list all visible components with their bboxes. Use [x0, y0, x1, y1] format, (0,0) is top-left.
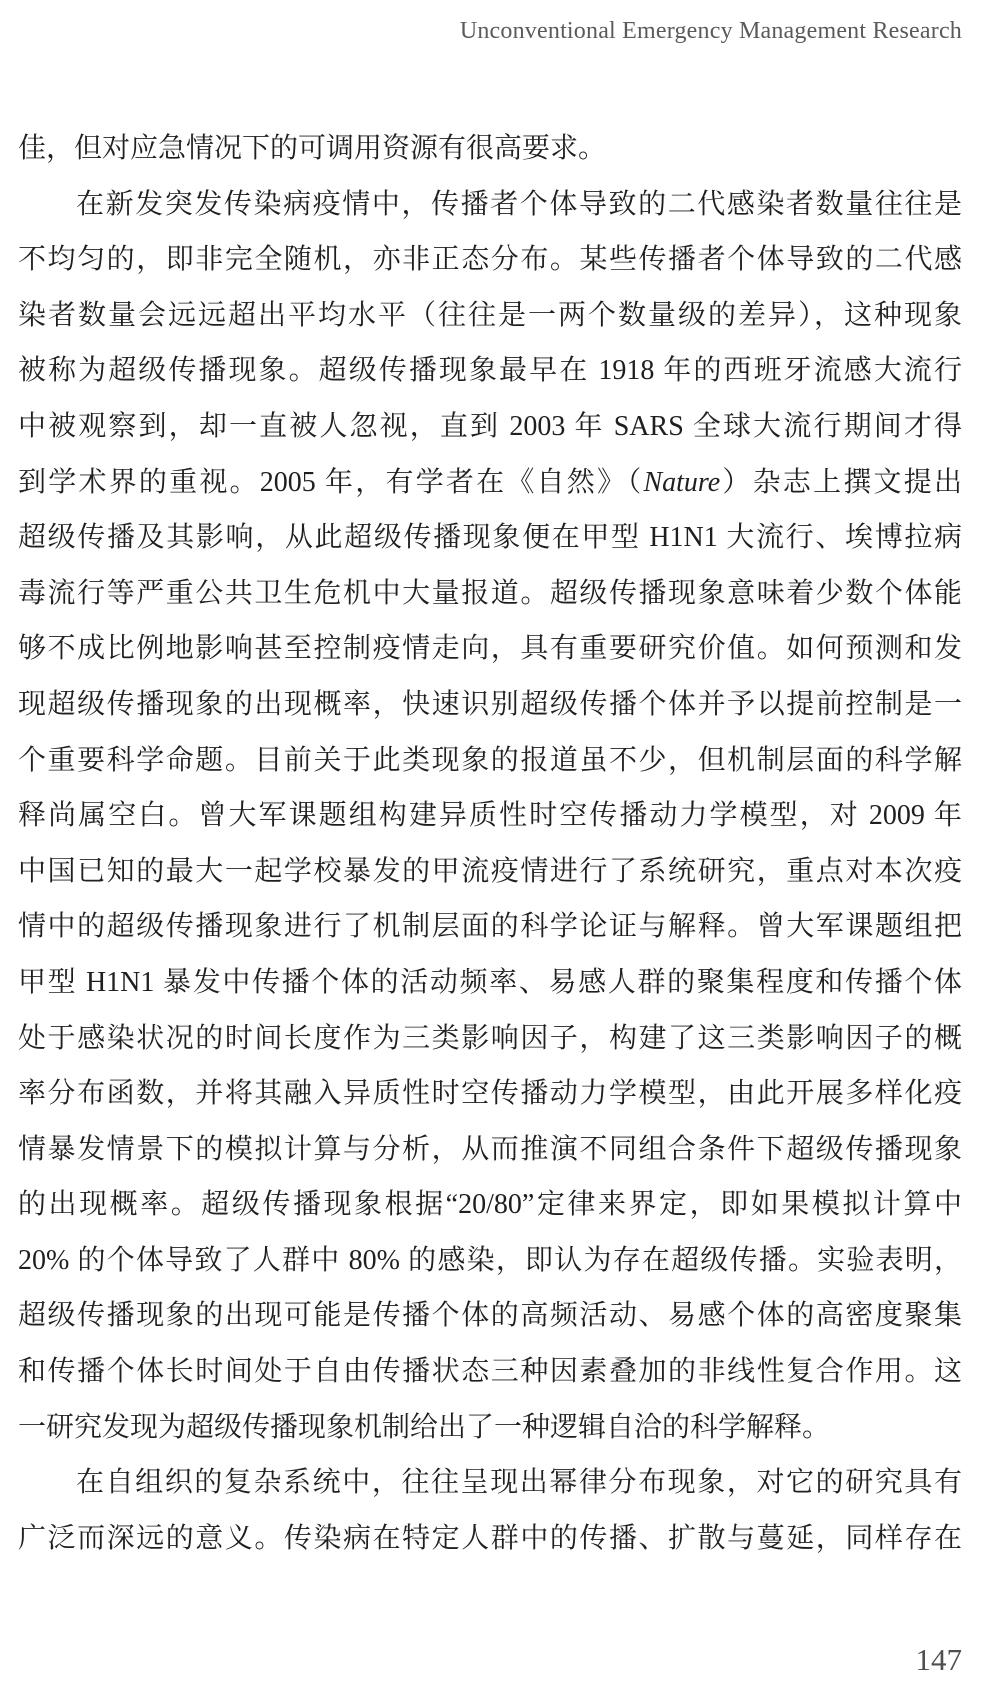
text-line: 情中的超级传播现象进行了机制层面的科学论证与解释。曾大军课题组把	[18, 899, 962, 955]
text-line: 不均匀的，即非完全随机，亦非正态分布。某些传播者个体导致的二代感	[18, 232, 962, 288]
text-line: 毒流行等严重公共卫生危机中大量报道。超级传播现象意味着少数个体能	[18, 566, 962, 622]
journal-name-italic: Nature	[643, 467, 720, 498]
text-line: 在新发突发传染病疫情中，传播者个体导致的二代感染者数量往往是	[18, 177, 962, 233]
text-line: 的出现概率。超级传播现象根据“20/80”定律来界定，即如果模拟计算中	[18, 1177, 962, 1233]
text-line: 被称为超级传播现象。超级传播现象最早在 1918 年的西班牙流感大流行	[18, 343, 962, 399]
text-line: 一研究发现为超级传播现象机制给出了一种逻辑自洽的科学解释。	[18, 1400, 962, 1456]
text-segment: 到学术界的重视。2005 年，有学者在《自然》（	[18, 467, 643, 498]
text-line: 处于感染状况的时间长度作为三类影响因子，构建了这三类影响因子的概	[18, 1011, 962, 1067]
text-line: 中国已知的最大一起学校暴发的甲流疫情进行了系统研究，重点对本次疫	[18, 844, 962, 900]
running-header: Unconventional Emergency Management Rese…	[18, 14, 962, 48]
text-line: 20% 的个体导致了人群中 80% 的感染，即认为存在超级传播。实验表明，	[18, 1233, 962, 1289]
text-line: 甲型 H1N1 暴发中传播个体的活动频率、易感人群的聚集程度和传播个体	[18, 955, 962, 1011]
text-line: 现超级传播现象的出现概率，快速识别超级传播个体并予以提前控制是一	[18, 677, 962, 733]
text-line: 率分布函数，并将其融入异质性时空传播动力学模型，由此开展多样化疫	[18, 1066, 962, 1122]
text-line: 超级传播及其影响，从此超级传播现象便在甲型 H1N1 大流行、埃博拉病	[18, 510, 962, 566]
text-segment: ）杂志上撰文提出	[720, 467, 962, 498]
text-line: 和传播个体长时间处于自由传播状态三种因素叠加的非线性复合作用。这	[18, 1344, 962, 1400]
text-line: 中被观察到，却一直被人忽视，直到 2003 年 SARS 全球大流行期间才得	[18, 399, 962, 455]
text-line: 释尚属空白。曾大军课题组构建异质性时空传播动力学模型，对 2009 年	[18, 788, 962, 844]
text-line: 情暴发情景下的模拟计算与分析，从而推演不同组合条件下超级传播现象	[18, 1122, 962, 1178]
text-line: 够不成比例地影响甚至控制疫情走向，具有重要研究价值。如何预测和发	[18, 621, 962, 677]
text-line: 到学术界的重视。2005 年，有学者在《自然》（Nature）杂志上撰文提出	[18, 455, 962, 511]
body-text-block: 佳，但对应急情况下的可调用资源有很高要求。 在新发突发传染病疫情中，传播者个体导…	[18, 121, 962, 1566]
text-line: 广泛而深远的意义。传染病在特定人群中的传播、扩散与蔓延，同样存在	[18, 1511, 962, 1567]
text-line: 超级传播现象的出现可能是传播个体的高频活动、易感个体的高密度聚集	[18, 1288, 962, 1344]
document-page: Unconventional Emergency Management Rese…	[0, 0, 981, 1693]
text-line: 佳，但对应急情况下的可调用资源有很高要求。	[18, 121, 962, 177]
text-line: 在自组织的复杂系统中，往往呈现出幂律分布现象，对它的研究具有	[18, 1455, 962, 1511]
text-line: 个重要科学命题。目前关于此类现象的报道虽不少，但机制层面的科学解	[18, 733, 962, 789]
page-number: 147	[18, 1641, 962, 1679]
text-line: 染者数量会远远超出平均水平（往往是一两个数量级的差异），这种现象	[18, 288, 962, 344]
